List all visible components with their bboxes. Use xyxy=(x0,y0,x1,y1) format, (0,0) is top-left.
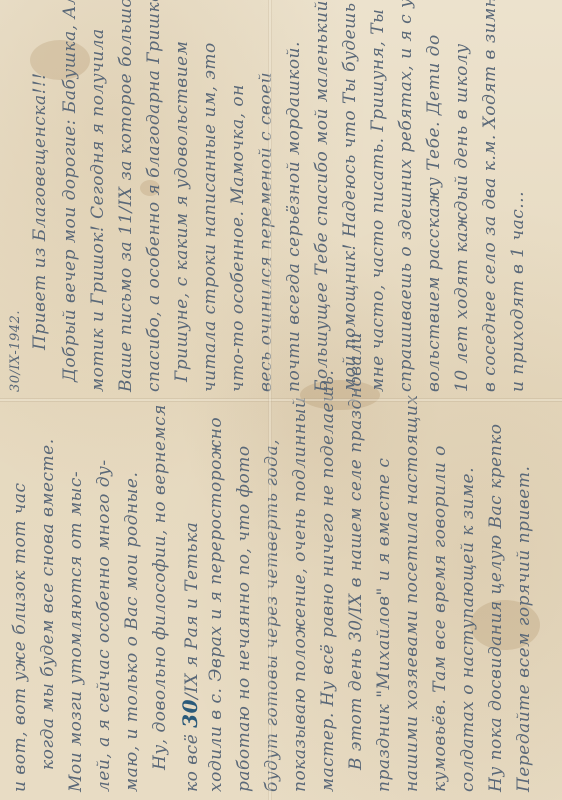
text-line: когда мы будем все снова вместе. xyxy=(38,438,58,770)
text-line: вольствием расскажу Тебе. Дети до xyxy=(424,34,444,392)
text-line: кумовьёв. Там все время говорили о xyxy=(430,445,450,792)
horizontal-fold xyxy=(0,398,562,402)
highlighted-date: 30 xyxy=(178,699,202,728)
right-page: 30/IX-1942. Привет из Благовещенска!!! Д… xyxy=(0,0,562,400)
text-line: мне часто, часто писать. Гришуня, Ты xyxy=(368,9,388,392)
text-line: работаю но нечаянно по, что фото xyxy=(234,445,254,792)
text-line: 10 лет ходят каждый день в школу xyxy=(452,43,472,392)
text-line: праздник "Михайлов" и я вместе с xyxy=(374,458,394,792)
text-line: что-то особенное. Мамочка, он xyxy=(228,84,248,392)
text-line: спрашиваешь о здешних ребятах, и я с удо… xyxy=(396,0,416,392)
text-line: нашими хозяевами посетила настоящих xyxy=(402,395,422,792)
letter-greeting: Привет из Благовещенска!!! xyxy=(30,72,50,350)
text-line: мастер. Ну всё равно ничего не поделаешь… xyxy=(318,370,338,792)
text-line: Гришуне, с каким я удовольствием xyxy=(172,41,192,382)
text-line: будут готовы через четверть года, xyxy=(262,439,282,792)
text-line: Передайте всем горячий привет. xyxy=(514,466,534,792)
text-line: почти всегда серьёзной мордашкой. xyxy=(284,41,304,392)
text-line: в соседнее село за два к.м. Ходят в зимн… xyxy=(480,0,500,392)
text-line: мой помощник! Надеюсь что Ты будешь xyxy=(340,2,360,392)
text-line: весь очинился переменой с своей xyxy=(256,72,276,392)
text-line: читала строки написанные им, это xyxy=(200,42,220,392)
letter-sheet: и вот, вот уже близок тот час когда мы б… xyxy=(0,0,562,800)
text-line: и приходят в 1 час... xyxy=(508,191,528,392)
text-line: лей, а я сейчас особенно много ду- xyxy=(94,459,114,792)
text-fragment: ко всё xyxy=(182,728,202,792)
text-line: маю, и только о Вас мои родные. xyxy=(122,472,142,792)
vertical-fold xyxy=(268,0,272,800)
text-line: и вот, вот уже близок тот час xyxy=(10,482,30,792)
text-line: Ваше письмо за 11/IX за которое большое xyxy=(116,0,136,392)
text-line: Добрый вечер мои дорогие: Бабушка, Аля, xyxy=(60,0,80,382)
left-page: и вот, вот уже близок тот час когда мы б… xyxy=(0,400,562,800)
text-line: спасибо, а особенно я благодарна Гришке. xyxy=(144,0,164,392)
letter-date: 30/IX-1942. xyxy=(8,310,23,392)
text-line: Большущее Тебе спасибо мой маленький xyxy=(312,0,332,392)
text-line: Мои мозги утомляются от мыс- xyxy=(66,471,86,792)
text-line: Ну, довольно философии, но вернемся xyxy=(150,404,170,770)
text-line: солдатах о наступающей к зиме. xyxy=(458,467,478,792)
text-line: показываю положение, очень подлинный xyxy=(290,397,310,792)
text-fragment: /IX я Рая и Тетька xyxy=(182,522,202,699)
text-line: ко всё 30/IX я Рая и Тетька xyxy=(178,522,202,792)
text-line: ходили в с. Эврах и я переросторожно xyxy=(206,417,226,792)
text-line: Ну пока досвидания целую Вас крепко xyxy=(486,423,506,792)
text-line: мотик и Гришок! Сегодня я получила xyxy=(88,28,108,392)
